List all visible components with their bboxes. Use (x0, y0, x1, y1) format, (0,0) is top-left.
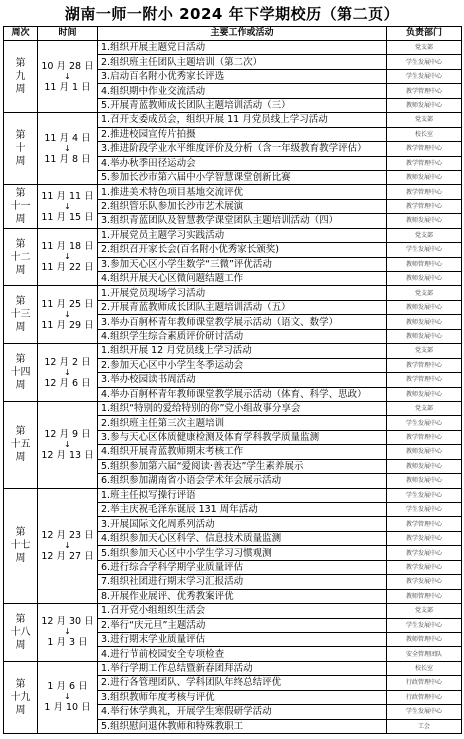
week-label-part: 周 (4, 264, 37, 277)
week-label-part: 第 (4, 678, 37, 691)
dept-cell: 教学管理中心 (387, 156, 462, 170)
header-week: 周次 (4, 27, 38, 41)
activity-cell: 6.组织参加湖南省小语会学术年会展示活动 (98, 474, 387, 488)
activity-cell: 1.举行学期工作总结暨新春团拜活动 (98, 661, 387, 675)
week-label-part: 十四 (4, 366, 37, 379)
week-label-part: 第 (4, 57, 37, 70)
activity-cell: 3.参加天心区小学生数学“三微”评优活动 (98, 257, 387, 271)
dept-cell: 教学管理中心 (387, 199, 462, 213)
week-cell: 第九周 (4, 41, 38, 113)
dept-cell: 教学管理中心 (387, 373, 462, 387)
week-label-part: 周 (4, 639, 37, 652)
activity-cell: 7.组织社团进行期末学习汇报活动 (98, 575, 387, 589)
activity-cell: 2.组织班主任第三次主题培训 (98, 416, 387, 430)
dept-cell: 教师发展中心 (387, 315, 462, 329)
dept-cell: 学生发展中心 (387, 705, 462, 719)
week-label-part: 周 (4, 213, 37, 226)
activity-cell: 1.班主任拟写操行评语 (98, 488, 387, 502)
week-label-part: 第 (4, 526, 37, 539)
week-cell: 第十五周 (4, 401, 38, 488)
school-calendar-table: 周次 时间 主要工作或活动 负责部门 第九周10 月 28 日↓11 月 1 日… (3, 26, 462, 734)
table-header-row: 周次 时间 主要工作或活动 负责部门 (4, 27, 462, 41)
activity-cell: 8.开展作业展评、优秀教案评优 (98, 589, 387, 603)
arrow-down-icon: ↓ (38, 145, 97, 153)
dept-cell: 教学发展中心 (387, 575, 462, 589)
dept-cell: 校长室 (387, 661, 462, 675)
activity-cell: 4.举办秋季田径运动会 (98, 156, 387, 170)
start-date: 12 月 2 日 (38, 356, 97, 369)
dept-cell: 教师管理中心 (387, 589, 462, 603)
dept-cell: 党支部 (387, 604, 462, 618)
week-cell: 第十一周 (4, 185, 38, 228)
date-range-cell: 11 月 25 日↓11 月 29 日 (38, 286, 98, 344)
activity-cell: 3.开展国际文化周系列活动 (98, 517, 387, 531)
dept-cell: 教学管理中心 (387, 142, 462, 156)
activity-cell: 4.进行节前校园安全专项检查 (98, 647, 387, 661)
dept-cell: 教学管理中心 (387, 84, 462, 98)
arrow-down-icon: ↓ (38, 253, 97, 261)
week-label-part: 第 (4, 613, 37, 626)
activity-cell: 1.开展党员现场学习活动 (98, 286, 387, 300)
table-body: 第九周10 月 28 日↓11 月 1 日1.组织开展主题党日活动党支部2.组织… (4, 41, 462, 734)
date-range-cell: 11 月 4 日↓11 月 8 日 (38, 113, 98, 185)
activity-cell: 3.举办百舸杯青年教师课堂教学展示活动（语文、数学） (98, 315, 387, 329)
activity-cell: 1.召开党小组组织生活会 (98, 604, 387, 618)
dept-cell: 党支部 (387, 286, 462, 300)
activity-cell: 1.组织开展主题党日活动 (98, 41, 387, 55)
arrow-down-icon: ↓ (38, 693, 97, 701)
start-date: 11 月 4 日 (38, 132, 97, 145)
date-range-cell: 11 月 18 日↓11 月 22 日 (38, 228, 98, 286)
activity-cell: 1.开展党员主题学习实践活动 (98, 228, 387, 242)
activity-cell: 2.推进校园宣传片拍摄 (98, 127, 387, 141)
week-label-part: 周 (4, 451, 37, 464)
start-date: 11 月 11 日 (38, 190, 97, 203)
dept-cell: 教师管理中心 (387, 632, 462, 646)
start-date: 10 月 28 日 (38, 60, 97, 73)
date-range-cell: 12 月 9 日↓12 月 13 日 (38, 401, 98, 488)
week-label-part: 十九 (4, 691, 37, 704)
dept-cell: 党支部 (387, 113, 462, 127)
dept-cell: 教师发展中心 (387, 387, 462, 401)
end-date: 1 月 3 日 (38, 636, 97, 649)
dept-cell: 学生发展中心 (387, 69, 462, 83)
dept-cell: 教师发展中心 (387, 214, 462, 228)
week-cell: 第十三周 (4, 286, 38, 344)
week-label-part: 第 (4, 129, 37, 142)
activity-cell: 3.启动百名附小优秀家长评选 (98, 69, 387, 83)
dept-cell: 学生发展中心 (387, 503, 462, 517)
week-label-part: 十二 (4, 251, 37, 264)
arrow-down-icon: ↓ (38, 628, 97, 636)
activity-cell: 1.组织开展 12 月党员线上学习活动 (98, 344, 387, 358)
table-row: 第十一周11 月 11 日↓11 月 15 日1.推进美术特色项目基地交流评优教… (4, 185, 462, 199)
activity-cell: 3.举办校园读书周活动 (98, 373, 387, 387)
week-label-part: 九 (4, 70, 37, 83)
dept-cell: 党支部 (387, 228, 462, 242)
end-date: 12 月 27 日 (38, 550, 97, 563)
activity-cell: 4.组织期中作业交流活动 (98, 84, 387, 98)
activity-cell: 5.组织参加第六届“爱阅读·善表达”学生素养展示 (98, 459, 387, 473)
dept-cell: 教师发展中心 (387, 459, 462, 473)
dept-cell: 教学管理中心 (387, 430, 462, 444)
end-date: 11 月 15 日 (38, 211, 97, 224)
activity-cell: 3.参与天心区体质健康检测及体育学科教学质量监测 (98, 430, 387, 444)
activity-cell: 2.参加天心区中小学生冬季运动会 (98, 358, 387, 372)
activity-cell: 2.组织召开家长会(百名附小优秀家长颁奖) (98, 243, 387, 257)
date-range-cell: 12 月 23 日↓12 月 27 日 (38, 488, 98, 604)
activity-cell: 2.组织管乐队参加长沙市艺术展演 (98, 199, 387, 213)
activity-cell: 3.进行期末学业质量评估 (98, 632, 387, 646)
week-label-part: 十三 (4, 308, 37, 321)
dept-cell: 教师发展中心 (387, 272, 462, 286)
dept-cell: 教师发展中心 (387, 474, 462, 488)
start-date: 11 月 25 日 (38, 298, 97, 311)
activity-cell: 5.组织慰问退休教师和特殊教职工 (98, 719, 387, 733)
end-date: 11 月 22 日 (38, 261, 97, 274)
dept-cell: 教师发展中心 (387, 445, 462, 459)
dept-cell: 教学管理中心 (387, 358, 462, 372)
end-date: 11 月 8 日 (38, 153, 97, 166)
date-range-cell: 11 月 11 日↓11 月 15 日 (38, 185, 98, 228)
week-cell: 第十四周 (4, 344, 38, 402)
activity-cell: 1.组织“特别的爱给特别的你”党小组故事分享会 (98, 401, 387, 415)
dept-cell: 学生发展中心 (387, 488, 462, 502)
week-label-part: 第 (4, 353, 37, 366)
week-label-part: 周 (4, 552, 37, 565)
activity-cell: 5.参加长沙市第六届中小学智慧课堂创新比赛 (98, 170, 387, 184)
week-label-part: 第 (4, 295, 37, 308)
date-range-cell: 12 月 2 日↓12 月 6 日 (38, 344, 98, 402)
header-time: 时间 (38, 27, 98, 41)
dept-cell: 行政管理中心 (387, 676, 462, 690)
dept-cell: 教师发展中心 (387, 98, 462, 112)
week-label-part: 周 (4, 83, 37, 96)
table-row: 第十七周12 月 23 日↓12 月 27 日1.班主任拟写操行评语学生发展中心 (4, 488, 462, 502)
table-row: 第九周10 月 28 日↓11 月 1 日1.组织开展主题党日活动党支部 (4, 41, 462, 55)
activity-cell: 1.推进美术特色项目基地交流评优 (98, 185, 387, 199)
week-label-part: 十五 (4, 438, 37, 451)
dept-cell: 党支部 (387, 344, 462, 358)
activity-cell: 2.开展青蓝教师成长团队主题培训活动（五） (98, 300, 387, 314)
activity-cell: 2.举行“庆元旦”主题活动 (98, 618, 387, 632)
activity-cell: 2.组织班主任团队主题培训（第二次） (98, 55, 387, 69)
arrow-down-icon: ↓ (38, 369, 97, 377)
activity-cell: 5.开展青蓝教师成长团队主题培训活动（三） (98, 98, 387, 112)
dept-cell: 行政管理中心 (387, 690, 462, 704)
week-cell: 第十二周 (4, 228, 38, 286)
date-range-cell: 10 月 28 日↓11 月 1 日 (38, 41, 98, 113)
table-row: 第十五周12 月 9 日↓12 月 13 日1.组织“特别的爱给特别的你”党小组… (4, 401, 462, 415)
week-label-part: 十一 (4, 200, 37, 213)
week-label-part: 第 (4, 425, 37, 438)
end-date: 11 月 29 日 (38, 319, 97, 332)
dept-cell: 教师管理中心 (387, 257, 462, 271)
table-row: 第十三周11 月 25 日↓11 月 29 日1.开展党员现场学习活动党支部 (4, 286, 462, 300)
table-row: 第十二周11 月 18 日↓11 月 22 日1.开展党员主题学习实践活动党支部 (4, 228, 462, 242)
week-label-part: 周 (4, 321, 37, 334)
arrow-down-icon: ↓ (38, 311, 97, 319)
table-row: 第十八周12 月 30 日↓1 月 3 日1.召开党小组组织生活会党支部 (4, 604, 462, 618)
date-range-cell: 12 月 30 日↓1 月 3 日 (38, 604, 98, 662)
activity-cell: 4.组织开展青蓝教师期末考核工作 (98, 445, 387, 459)
week-cell: 第十七周 (4, 488, 38, 604)
dept-cell: 教学管理中心 (387, 517, 462, 531)
week-label-part: 十八 (4, 626, 37, 639)
week-cell: 第十九周 (4, 661, 38, 733)
dept-cell: 学生发展中心 (387, 416, 462, 430)
week-cell: 第十周 (4, 113, 38, 185)
header-dept: 负责部门 (387, 27, 462, 41)
dept-cell: 教学发展中心 (387, 546, 462, 560)
arrow-down-icon: ↓ (38, 441, 97, 449)
dept-cell: 教师发展中心 (387, 170, 462, 184)
arrow-down-icon: ↓ (38, 73, 97, 81)
week-label-part: 周 (4, 704, 37, 717)
activity-cell: 4.组织参加天心区科学、信息技术质量监测 (98, 531, 387, 545)
week-label-part: 周 (4, 155, 37, 168)
activity-cell: 3.组织青蓝团队及智慧教学课堂团队主题培训活动（四） (98, 214, 387, 228)
start-date: 12 月 23 日 (38, 529, 97, 542)
dept-cell: 教学管理中心 (387, 185, 462, 199)
page-title: 湖南一师一附小 2024 年下学期校历（第二页） (0, 3, 464, 24)
end-date: 12 月 13 日 (38, 449, 97, 462)
end-date: 1 月 10 日 (38, 701, 97, 714)
activity-cell: 5.组织参加天心区中小学生学习习惯观测 (98, 546, 387, 560)
dept-cell: 安全管理团队 (387, 647, 462, 661)
header-activity: 主要工作或活动 (98, 27, 387, 41)
dept-cell: 工会 (387, 719, 462, 733)
activity-cell: 4.举办百舸杯青年教师课堂教学展示活动（体育、科学、思政） (98, 387, 387, 401)
activity-cell: 4.组织学生综合素质评价研讨活动 (98, 329, 387, 343)
end-date: 12 月 6 日 (38, 377, 97, 390)
dept-cell: 党支部 (387, 401, 462, 415)
activity-cell: 3.组织教师年度考核与评优 (98, 690, 387, 704)
week-label-part: 周 (4, 379, 37, 392)
dept-cell: 学生发展中心 (387, 618, 462, 632)
dept-cell: 教师发展中心 (387, 300, 462, 314)
week-label-part: 十 (4, 142, 37, 155)
activity-cell: 6.进行综合学科学期学业质量评估 (98, 560, 387, 574)
dept-cell: 校长室 (387, 127, 462, 141)
week-label-part: 第 (4, 187, 37, 200)
dept-cell: 教师发展中心 (387, 329, 462, 343)
activity-cell: 4.举行休学典礼，开展学生寒假研学活动 (98, 705, 387, 719)
dept-cell: 学生发展中心 (387, 55, 462, 69)
table-row: 第十四周12 月 2 日↓12 月 6 日1.组织开展 12 月党员线上学习活动… (4, 344, 462, 358)
arrow-down-icon: ↓ (38, 542, 97, 550)
date-range-cell: 1 月 6 日↓1 月 10 日 (38, 661, 98, 733)
end-date: 11 月 1 日 (38, 81, 97, 94)
start-date: 12 月 9 日 (38, 428, 97, 441)
week-label-part: 十七 (4, 539, 37, 552)
week-label-part: 第 (4, 238, 37, 251)
dept-cell: 教学发展中心 (387, 531, 462, 545)
table-row: 第十九周1 月 6 日↓1 月 10 日1.举行学期工作总结暨新春团拜活动校长室 (4, 661, 462, 675)
activity-cell: 3.推进阶段学业水平维度评价及分析（含一年级教育教学评估） (98, 142, 387, 156)
activity-cell: 4.组织开展天心区微问题结题工作 (98, 272, 387, 286)
activity-cell: 1.召开支委成员会，组织开展 11 月党员线上学习活动 (98, 113, 387, 127)
dept-cell: 学生发展中心 (387, 243, 462, 257)
activity-cell: 2.进行各管理团队、学科团队年终总结评优 (98, 676, 387, 690)
dept-cell: 党支部 (387, 41, 462, 55)
table-row: 第十周11 月 4 日↓11 月 8 日1.召开支委成员会，组织开展 11 月党… (4, 113, 462, 127)
week-cell: 第十八周 (4, 604, 38, 662)
arrow-down-icon: ↓ (38, 203, 97, 211)
activity-cell: 2.举主庆祝毛泽东诞辰 131 周年活动 (98, 503, 387, 517)
dept-cell: 教学发展中心 (387, 560, 462, 574)
